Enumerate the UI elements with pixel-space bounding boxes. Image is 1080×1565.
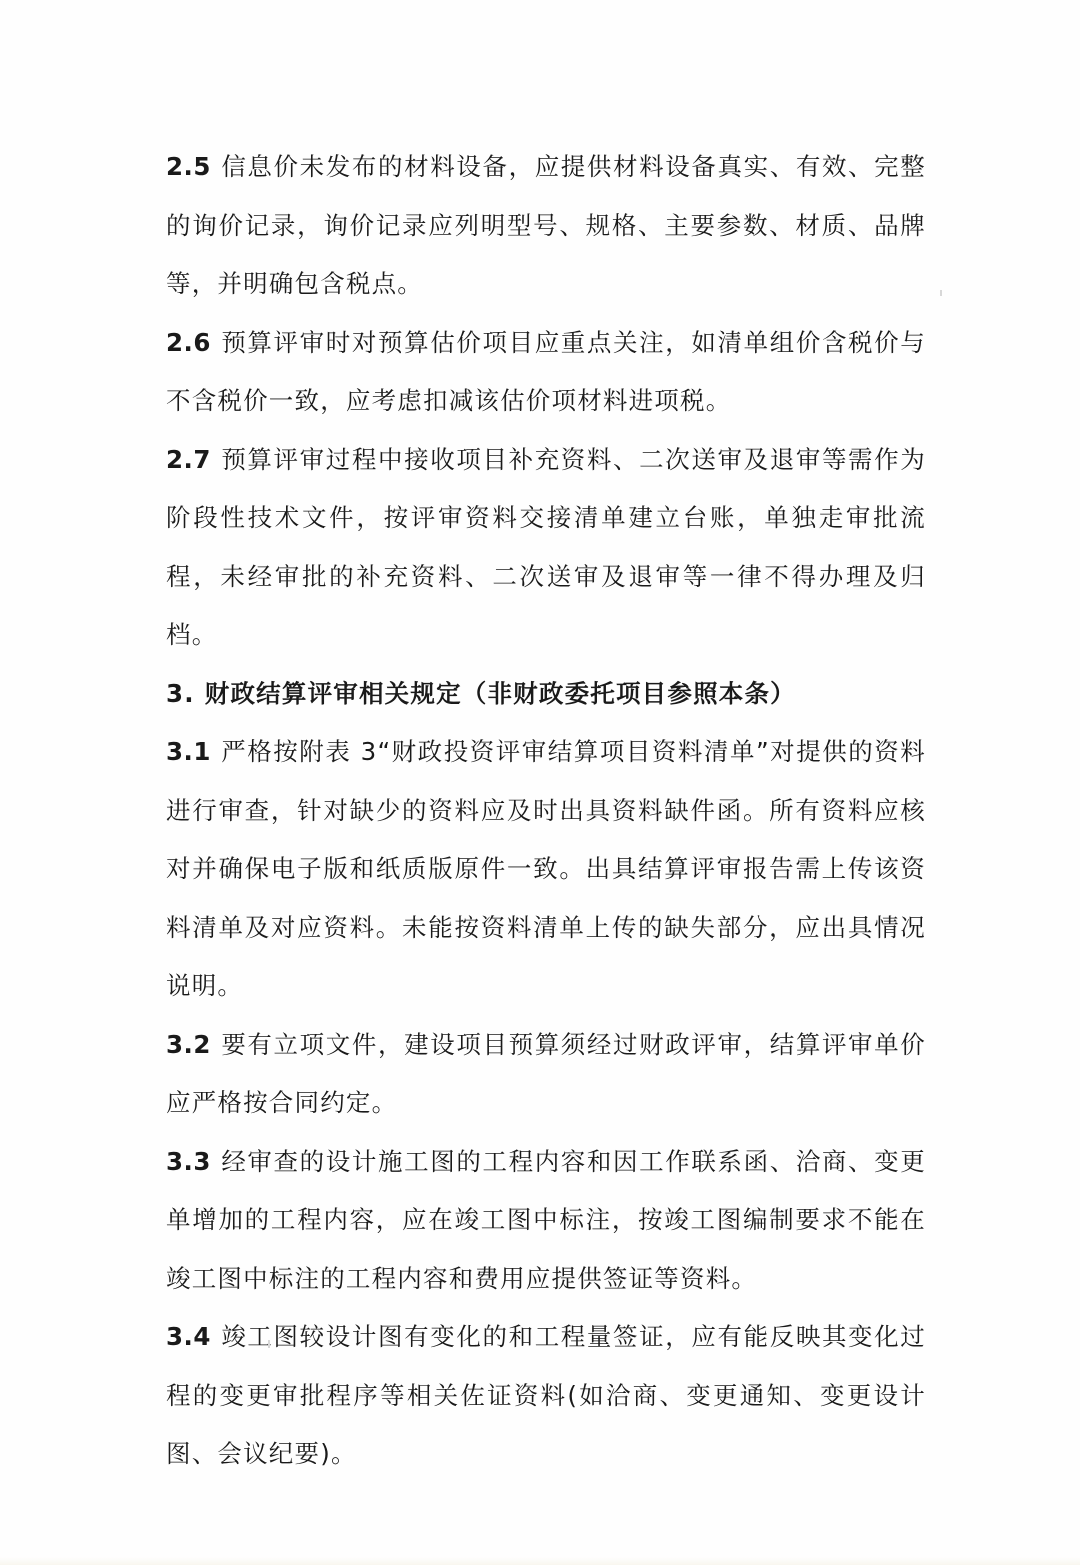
scan-speck: [940, 290, 942, 296]
scan-speck: [268, 1340, 270, 1348]
section-heading-3: 3.财政结算评审相关规定（非财政委托项目参照本条）: [166, 665, 926, 724]
clause-text: 预算评审过程中接收项目补充资料、二次送审及退审等需作为阶段性技术文件，按评审资料…: [166, 445, 926, 650]
clause-3-2: 3.2要有立项文件，建设项目预算须经过财政评审，结算评审单价应严格按合同约定。: [166, 1016, 926, 1133]
clause-2-6: 2.6预算评审时对预算估价项目应重点关注，如清单组价含税价与不含税价一致，应考虑…: [166, 314, 926, 431]
clause-2-7: 2.7预算评审过程中接收项目补充资料、二次送审及退审等需作为阶段性技术文件，按评…: [166, 431, 926, 665]
clause-2-5: 2.5信息价未发布的材料设备，应提供材料设备真实、有效、完整的询价记录，询价记录…: [166, 138, 926, 314]
clause-text: 信息价未发布的材料设备，应提供材料设备真实、有效、完整的询价记录，询价记录应列明…: [166, 152, 926, 298]
clause-number: 2.7: [166, 445, 211, 474]
document-body: 2.5信息价未发布的材料设备，应提供材料设备真实、有效、完整的询价记录，询价记录…: [166, 138, 926, 1484]
clause-text: 竣工图较设计图有变化的和工程量签证，应有能反映其变化过程的变更审批程序等相关佐证…: [166, 1322, 926, 1468]
clause-number: 3.4: [166, 1322, 211, 1351]
scan-edge-artifact: [0, 1557, 1080, 1565]
clause-number: 3.3: [166, 1147, 211, 1176]
clause-number: 2.6: [166, 328, 211, 357]
clause-text: 预算评审时对预算估价项目应重点关注，如清单组价含税价与不含税价一致，应考虑扣减该…: [166, 328, 926, 416]
clause-number: 3.2: [166, 1030, 211, 1059]
clause-text: 经审查的设计施工图的工程内容和因工作联系函、洽商、变更单增加的工程内容，应在竣工…: [166, 1147, 926, 1293]
clause-3-3: 3.3经审查的设计施工图的工程内容和因工作联系函、洽商、变更单增加的工程内容，应…: [166, 1133, 926, 1309]
clause-3-4: 3.4竣工图较设计图有变化的和工程量签证，应有能反映其变化过程的变更审批程序等相…: [166, 1308, 926, 1484]
clause-text: 严格按附表 3“财政投资评审结算项目资料清单”对提供的资料进行审查，针对缺少的资…: [166, 737, 926, 1000]
section-title: 财政结算评审相关规定（非财政委托项目参照本条）: [205, 679, 796, 708]
clause-number: 2.5: [166, 152, 211, 181]
scanned-document-page: 2.5信息价未发布的材料设备，应提供材料设备真实、有效、完整的询价记录，询价记录…: [0, 0, 1080, 1565]
clause-3-1: 3.1严格按附表 3“财政投资评审结算项目资料清单”对提供的资料进行审查，针对缺…: [166, 723, 926, 1016]
clause-number: 3.1: [166, 737, 211, 766]
clause-text: 要有立项文件，建设项目预算须经过财政评审，结算评审单价应严格按合同约定。: [166, 1030, 926, 1118]
section-number: 3.: [166, 679, 195, 708]
